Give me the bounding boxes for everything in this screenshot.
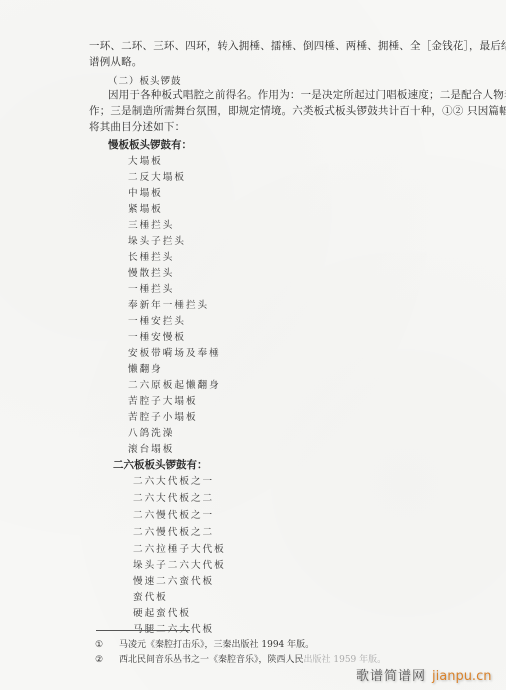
list-item: 蛮代板 [133, 592, 168, 604]
list-item: 垛头子拦头 [128, 236, 186, 248]
intro-line-2: 谱例从略。 [89, 55, 461, 69]
list-item: 慢速二六蛮代板 [133, 576, 214, 588]
footnote-text: 西北民间音乐丛书之一《秦腔音乐》，陕西人民 [119, 655, 304, 665]
group-title-manban: 慢板板头锣鼓有： [108, 137, 192, 152]
watermark-cn: 歌谱简谱网 [356, 669, 426, 684]
footnote-2: ②西北民间音乐丛书之一《秦腔音乐》，陕西人民出版社 1959 年版。 [95, 652, 386, 665]
group-title-erliuban: 二六板板头锣鼓有： [113, 457, 208, 472]
list-item: 垛头子二六大代板 [133, 560, 226, 572]
list-item: 滚台塌板 [128, 444, 174, 456]
document-page: 一环、二环、三环、四环，转入拥棰、擂棰、倒四棰、两棰、拥棰、全［金钱花］，最后结… [0, 0, 506, 690]
list-item: 大塌板 [128, 156, 163, 168]
list-item: 慢散拦头 [128, 268, 174, 280]
body-line-3: 将其曲目分述如下： [89, 120, 461, 134]
footnote-text: 马凌元《秦腔打击乐》，三秦出版社 1994 年版。 [119, 640, 314, 650]
list-item: 硬起蛮代板 [133, 608, 191, 620]
footnote-mark: ① [95, 640, 119, 650]
list-item: 二六慢代板之一 [133, 510, 214, 522]
body-line-1: 因用于各种板式唱腔之前得名。作用为：一是决定所起过门唱板速度；二是配合人物表演动 [108, 88, 506, 102]
list-item: 紧塌板 [128, 204, 163, 216]
footnote-divider [96, 630, 190, 631]
intro-line-1: 一环、二环、三环、四环，转入拥棰、擂棰、倒四棰、两棰、拥棰、全［金钱花］，最后结… [89, 39, 461, 53]
list-item: 奉新年一棰拦头 [128, 300, 209, 312]
list-item: 一棰安慢板 [128, 332, 186, 344]
list-item: 二反大塌板 [128, 172, 186, 184]
footnote-1: ①马凌元《秦腔打击乐》，三秦出版社 1994 年版。 [95, 637, 314, 650]
site-watermark: 歌谱简谱网jianpu.cn [356, 665, 491, 684]
list-item: 二六慢代板之二 [133, 527, 214, 539]
list-item: 一棰拦头 [128, 284, 174, 296]
list-item: 二六大代板之一 [133, 476, 214, 488]
list-item: 二六大代板之二 [133, 493, 214, 505]
list-item: 长棰拦头 [128, 252, 174, 264]
footnote-mark: ② [95, 655, 119, 665]
list-item: 中塌板 [128, 188, 163, 200]
list-item: 懒翻身 [128, 364, 163, 376]
list-item: 一棰安拦头 [128, 316, 186, 328]
list-item: 二六拉棰子大代板 [133, 544, 226, 556]
watermark-en: jianpu.cn [432, 669, 491, 684]
list-item: 八鸽洗澡 [128, 428, 174, 440]
body-line-2: 作；三是制造所需舞台氛围，即规定情境。六类板式板头锣鼓共计百十种，①② 只因篇幅… [89, 104, 461, 118]
list-item: 安板带嗬场及奉棰 [128, 348, 221, 360]
section-heading: （二）板头锣鼓 [108, 73, 182, 87]
footnote-text-faded: 出版社 1959 年版。 [304, 655, 387, 665]
list-item: 三棰拦头 [128, 220, 174, 232]
list-item: 苦腔子小塌板 [128, 412, 198, 424]
list-item: 苦腔子大塌板 [128, 396, 198, 408]
list-item: 二六原板起懒翻身 [128, 380, 221, 392]
